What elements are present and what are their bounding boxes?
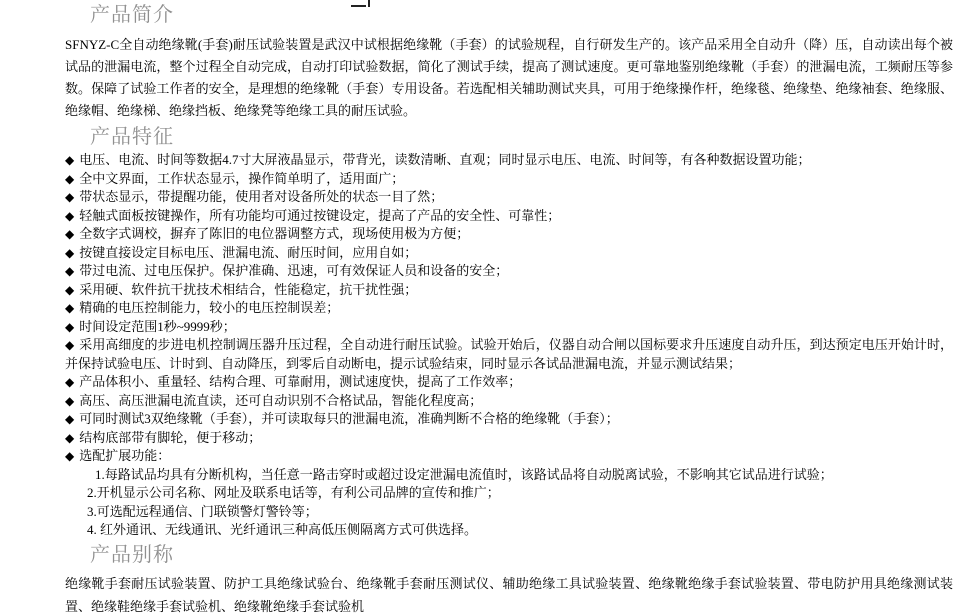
feature-item: ◆高压、高压泄漏电流直读，还可自动识别不合格试品，智能化程度高；: [65, 392, 953, 411]
diamond-bullet-icon: ◆: [65, 320, 74, 334]
feature-item: ◆时间设定范围1秒~9999秒；: [65, 318, 953, 337]
feature-list: ◆电压、电流、时间等数据4.7寸大屏液晶显示，带背光，读数清晰、直观；同时显示电…: [65, 151, 953, 540]
diamond-bullet-icon: ◆: [65, 375, 74, 389]
feature-item: ◆采用高细度的步进电机控制调压器升压过程，全自动进行耐压试验。试验开始后，仪器自…: [65, 336, 953, 373]
aliases-paragraph: 绝缘靴手套耐压试验装置、防护工具绝缘试验台、绝缘靴手套耐压测试仪、辅助绝缘工具试…: [65, 572, 953, 614]
diamond-bullet-icon: ◆: [65, 227, 74, 241]
diamond-bullet-icon: ◆: [65, 431, 74, 445]
section-heading-product-features: 产品特征: [90, 126, 953, 148]
sub-item: 3.可选配远程通信、门联锁警灯警铃等；: [87, 503, 953, 522]
diamond-bullet-icon: ◆: [65, 209, 74, 223]
section-heading-product-aliases: 产品别称: [90, 544, 953, 566]
sub-item: 4. 红外通讯、无线通讯、光纤通讯三种高低压侧隔离方式可供选择。: [87, 521, 953, 540]
page-content: 产品简介 SFNYZ-C全自动绝缘靴(手套)耐压试验装置是武汉中试根据绝缘靴（手…: [65, 4, 953, 614]
section-heading-product-intro: 产品简介: [90, 4, 953, 26]
diamond-bullet-icon: ◆: [65, 394, 74, 408]
feature-text: 按键直接设定目标电压、泄漏电流、耐压时间，应用自如；: [79, 245, 417, 260]
diamond-bullet-icon: ◆: [65, 264, 74, 278]
diamond-bullet-icon: ◆: [65, 412, 74, 426]
feature-text: 高压、高压泄漏电流直读，还可自动识别不合格试品，智能化程度高；: [79, 393, 482, 408]
feature-item: ◆电压、电流、时间等数据4.7寸大屏液晶显示，带背光，读数清晰、直观；同时显示电…: [65, 151, 953, 170]
diamond-bullet-icon: ◆: [65, 172, 74, 186]
feature-text: 带过电流、过电压保护。保护准确、迅速，可有效保证人员和设备的安全；: [79, 263, 508, 278]
diamond-bullet-icon: ◆: [65, 283, 74, 297]
feature-item: ◆带状态显示，带提醒功能，使用者对设备所处的状态一目了然；: [65, 188, 953, 207]
feature-item: ◆带过电流、过电压保护。保护准确、迅速，可有效保证人员和设备的安全；: [65, 262, 953, 281]
sub-item: 1.每路试品均具有分断机构，当任意一路击穿时或超过设定泄漏电流值时，该路试品将自…: [87, 466, 953, 485]
feature-text: 精确的电压控制能力，较小的电压控制误差；: [79, 300, 339, 315]
feature-item: ◆采用硬、软件抗干扰技术相结合，性能稳定，抗干扰性强；: [65, 281, 953, 300]
feature-text: 选配扩展功能：: [79, 448, 170, 463]
feature-item: ◆选配扩展功能：: [65, 447, 953, 466]
feature-text: 时间设定范围1秒~9999秒；: [79, 319, 236, 334]
product-description-page: 产品简介 SFNYZ-C全自动绝缘靴(手套)耐压试验装置是武汉中试根据绝缘靴（手…: [0, 0, 955, 614]
feature-text: 采用高细度的步进电机控制调压器升压过程，全自动进行耐压试验。试验开始后，仪器自动…: [65, 337, 953, 371]
intro-paragraph: SFNYZ-C全自动绝缘靴(手套)耐压试验装置是武汉中试根据绝缘靴（手套）的试验…: [65, 34, 953, 122]
feature-item: ◆全中文界面，工作状态显示，操作简单明了，适用面广；: [65, 170, 953, 189]
feature-text: 全数字式调校，摒弃了陈旧的电位器调整方式，现场使用极为方便；: [79, 226, 469, 241]
diamond-bullet-icon: ◆: [65, 153, 74, 167]
feature-item: ◆可同时测试3双绝缘靴（手套），并可读取每只的泄漏电流，准确判断不合格的绝缘靴（…: [65, 410, 953, 429]
feature-item: ◆精确的电压控制能力，较小的电压控制误差；: [65, 299, 953, 318]
feature-text: 全中文界面，工作状态显示，操作简单明了，适用面广；: [79, 171, 404, 186]
feature-text: 可同时测试3双绝缘靴（手套），并可读取每只的泄漏电流，准确判断不合格的绝缘靴（手…: [79, 411, 619, 426]
diamond-bullet-icon: ◆: [65, 246, 74, 260]
feature-item: ◆按键直接设定目标电压、泄漏电流、耐压时间，应用自如；: [65, 244, 953, 263]
diamond-bullet-icon: ◆: [65, 190, 74, 204]
optional-extension-list: 1.每路试品均具有分断机构，当任意一路击穿时或超过设定泄漏电流值时，该路试品将自…: [65, 466, 953, 540]
diamond-bullet-icon: ◆: [65, 449, 74, 463]
feature-text: 产品体积小、重量轻、结构合理、可靠耐用，测试速度快，提高了工作效率；: [79, 374, 521, 389]
feature-item: ◆全数字式调校，摒弃了陈旧的电位器调整方式，现场使用极为方便；: [65, 225, 953, 244]
feature-item: ◆轻触式面板按键操作，所有功能均可通过按键设定，提高了产品的安全性、可靠性；: [65, 207, 953, 226]
feature-text: 轻触式面板按键操作，所有功能均可通过按键设定，提高了产品的安全性、可靠性；: [79, 208, 560, 223]
feature-item: ◆产品体积小、重量轻、结构合理、可靠耐用，测试速度快，提高了工作效率；: [65, 373, 953, 392]
feature-item: ◆结构底部带有脚轮，便于移动；: [65, 429, 953, 448]
feature-text: 结构底部带有脚轮，便于移动；: [79, 430, 261, 445]
feature-text: 电压、电流、时间等数据4.7寸大屏液晶显示，带背光，读数清晰、直观；同时显示电压…: [79, 152, 810, 167]
diamond-bullet-icon: ◆: [65, 338, 74, 352]
cropped-text-artifact: [351, 0, 366, 7]
diamond-bullet-icon: ◆: [65, 301, 74, 315]
feature-text: 带状态显示，带提醒功能，使用者对设备所处的状态一目了然；: [79, 189, 443, 204]
sub-item: 2.开机显示公司名称、网址及联系电话等，有利公司品牌的宣传和推广；: [87, 484, 953, 503]
feature-text: 采用硬、软件抗干扰技术相结合，性能稳定，抗干扰性强；: [79, 282, 417, 297]
